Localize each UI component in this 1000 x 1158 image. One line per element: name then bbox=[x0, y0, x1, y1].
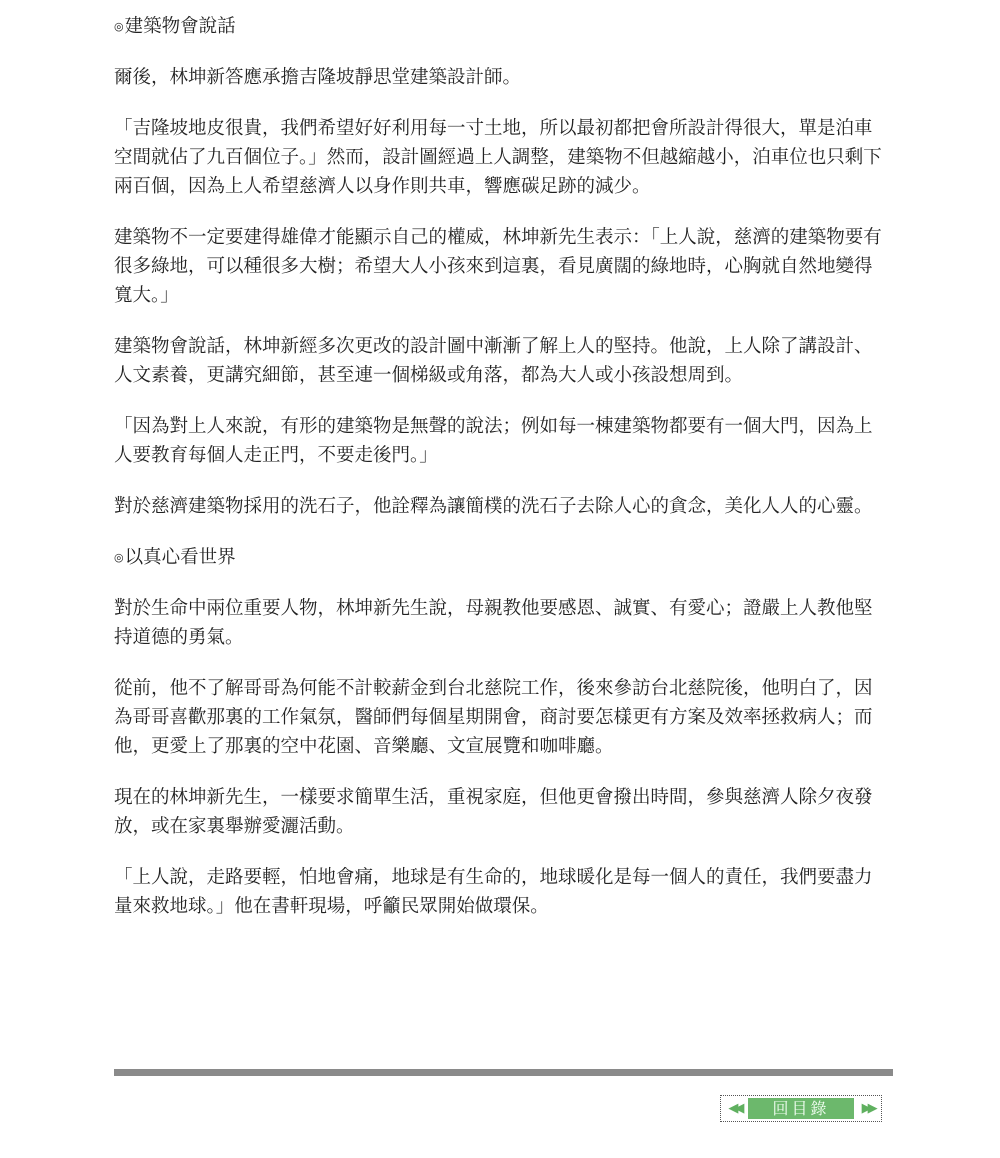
footer-divider bbox=[114, 1069, 893, 1076]
toc-navigation: ◀◀ 回目錄 ▶▶ bbox=[720, 1095, 882, 1122]
back-to-contents-button[interactable]: 回目錄 bbox=[748, 1098, 855, 1119]
paragraph: 「吉隆坡地皮很貴，我們希望好好利用每一寸土地，所以最初都把會所設計得很大，單是泊… bbox=[114, 114, 884, 201]
bullet-icon: ◎ bbox=[114, 20, 124, 33]
paragraph: 對於慈濟建築物採用的洗石子，他詮釋為讓簡樸的洗石子去除人心的貪念，美化人人的心靈… bbox=[114, 492, 884, 521]
paragraph: 從前，他不了解哥哥為何能不計較薪金到台北慈院工作，後來參訪台北慈院後，他明白了，… bbox=[114, 674, 884, 761]
section-heading: ◎以真心看世界 bbox=[114, 543, 884, 572]
section-heading: ◎建築物會說話 bbox=[114, 12, 884, 41]
paragraph: 「因為對上人來說，有形的建築物是無聲的說法；例如每一棟建築物都要有一個大門，因為… bbox=[114, 412, 884, 470]
paragraph: 現在的林坤新先生，一樣要求簡單生活，重視家庭，但他更會撥出時間，參與慈濟人除夕夜… bbox=[114, 783, 884, 841]
paragraph: 建築物會說話，林坤新經多次更改的設計圖中漸漸了解上人的堅持。他說，上人除了講設計… bbox=[114, 332, 884, 390]
paragraph: 對於生命中兩位重要人物，林坤新先生說，母親教他要感恩、誠實、有愛心；證嚴上人教他… bbox=[114, 594, 884, 652]
article-body: ◎建築物會說話 爾後，林坤新答應承擔吉隆坡靜思堂建築設計師。 「吉隆坡地皮很貴，… bbox=[114, 12, 884, 943]
heading-text: 以真心看世界 bbox=[125, 547, 236, 568]
bullet-icon: ◎ bbox=[114, 551, 124, 564]
heading-text: 建築物會說話 bbox=[125, 16, 236, 37]
double-right-arrow-icon[interactable]: ▶▶ bbox=[854, 1096, 881, 1121]
paragraph: 爾後，林坤新答應承擔吉隆坡靜思堂建築設計師。 bbox=[114, 63, 884, 92]
paragraph: 「上人說，走路要輕，怕地會痛，地球是有生命的，地球暖化是每一個人的責任，我們要盡… bbox=[114, 863, 884, 921]
double-left-arrow-icon[interactable]: ◀◀ bbox=[721, 1096, 748, 1121]
paragraph: 建築物不一定要建得雄偉才能顯示自己的權威，林坤新先生表示：「上人說，慈濟的建築物… bbox=[114, 223, 884, 310]
